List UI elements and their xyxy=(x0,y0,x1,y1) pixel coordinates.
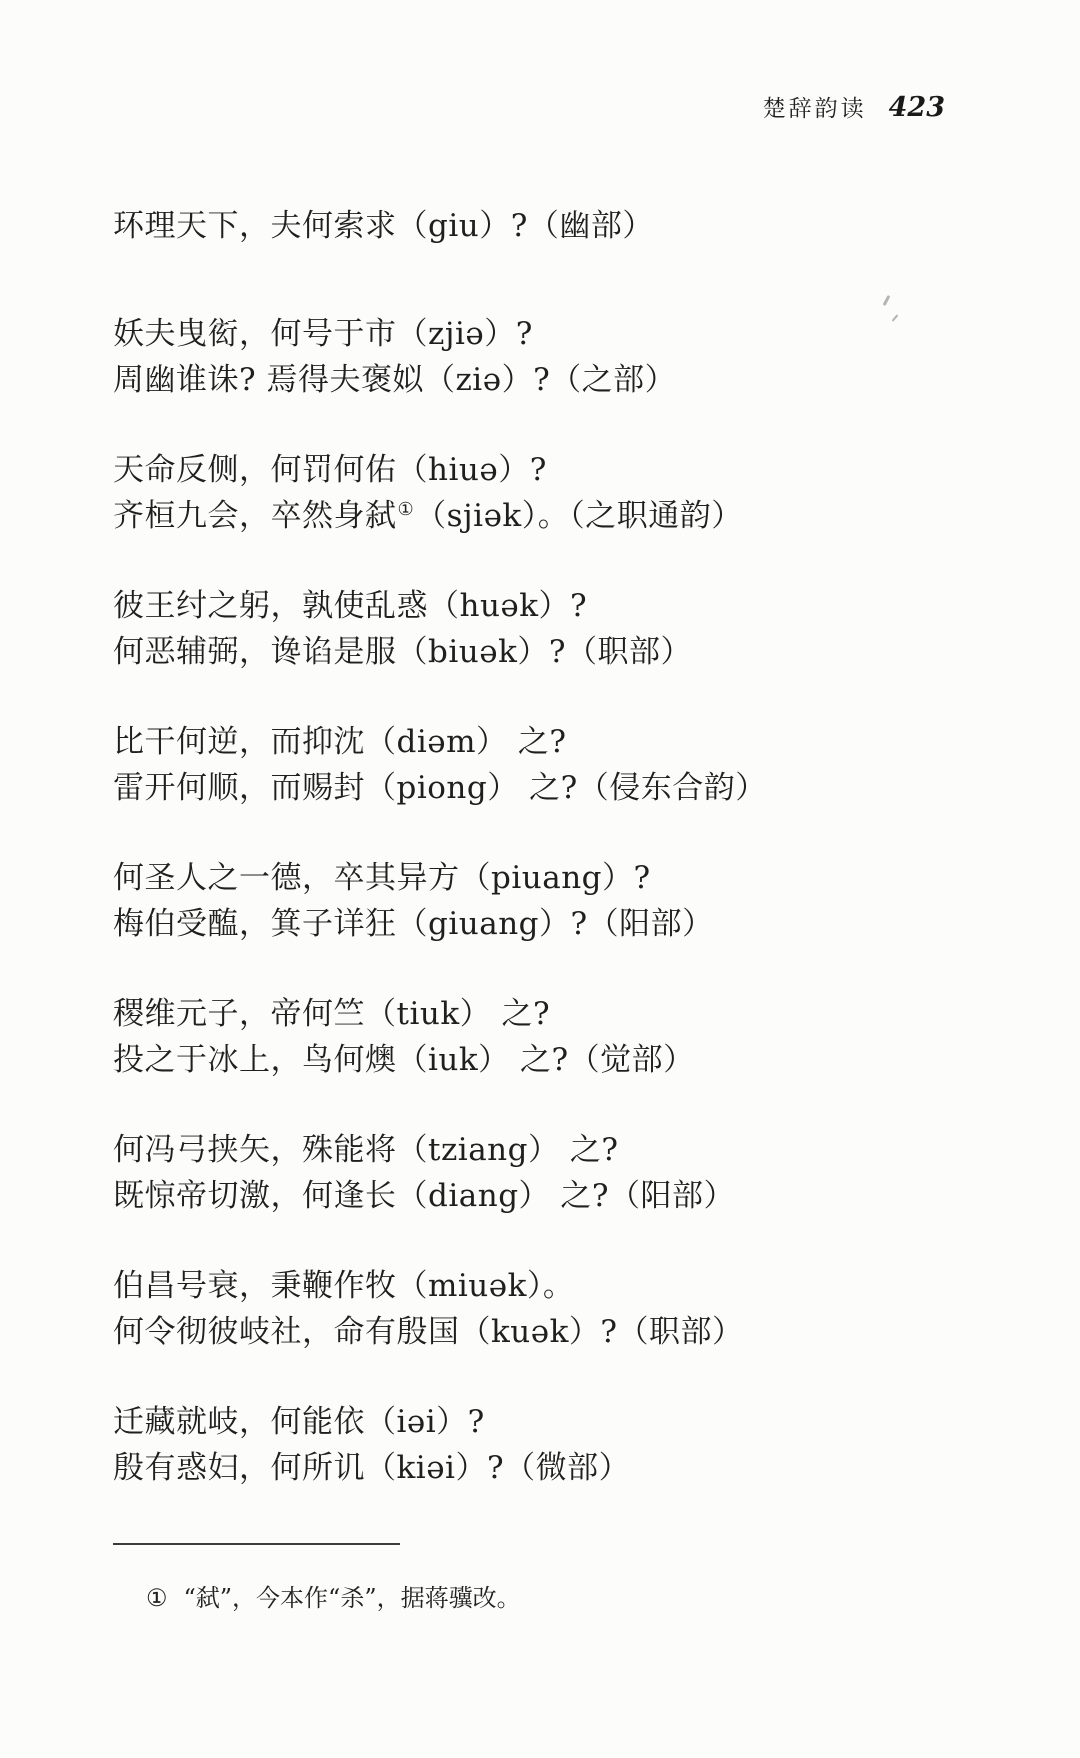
scan-artifact xyxy=(892,314,899,321)
verse-line: 何冯弓挟矢，殊能将（tziang） 之? xyxy=(113,1127,767,1173)
verse-line: 环理天下，夫何索求（giu）?（幽部） xyxy=(113,203,767,249)
stanza: 何冯弓挟矢，殊能将（tziang） 之? 既惊帝切激，何逢长（diang） 之?… xyxy=(113,1127,767,1219)
running-head: 楚辞韵读 423 xyxy=(763,90,945,123)
book-page: 楚辞韵读 423 环理天下，夫何索求（giu）?（幽部） 妖夫曳衒，何号于市（z… xyxy=(0,0,1080,1758)
verse-line: 比干何逆，而抑沈（diəm） 之? xyxy=(113,719,767,765)
footnote-marker: ① xyxy=(146,1584,168,1612)
footnote-text: “弑”，今本作“杀”，据蒋骥改。 xyxy=(184,1584,521,1612)
verse-text: 齐桓九会，卒然身弑 xyxy=(113,498,397,534)
verse-line: 稷维元子，帝何竺（tiuk） 之? xyxy=(113,991,767,1037)
verse-line: 梅伯受醢，箕子详狂（giuang）?（阳部） xyxy=(113,901,767,947)
stanza: 何圣人之一德，卒其异方（piuang）? 梅伯受醢，箕子详狂（giuang）?（… xyxy=(113,855,767,947)
stanza: 稷维元子，帝何竺（tiuk） 之? 投之于冰上，鸟何燠（iuk） 之?（觉部） xyxy=(113,991,767,1083)
verse-line: 天命反侧，何罚何佑（hiuə）? xyxy=(113,447,767,493)
verse-line: 伯昌号衰，秉鞭作牧（miuək）。 xyxy=(113,1263,767,1309)
verse-line: 何圣人之一德，卒其异方（piuang）? xyxy=(113,855,767,901)
verse-line: 周幽谁诛? 焉得夫褒姒（ziə）?（之部） xyxy=(113,357,767,403)
footnote-divider xyxy=(113,1543,400,1545)
stanza: 妖夫曳衒，何号于市（zjiə）? 周幽谁诛? 焉得夫褒姒（ziə）?（之部） xyxy=(113,311,767,403)
footnote: ①“弑”，今本作“杀”，据蒋骥改。 xyxy=(113,1580,521,1616)
verse-text: （sjiək）。（之职通韵） xyxy=(415,498,743,534)
stanza: 天命反侧，何罚何佑（hiuə）? 齐桓九会，卒然身弑①（sjiək）。（之职通韵… xyxy=(113,447,767,539)
footnote-ref-marker: ① xyxy=(398,499,415,520)
stanza: 迁藏就岐，何能依（iəi）? 殷有惑妇，何所讥（kiəi）?（微部） xyxy=(113,1399,767,1491)
scan-artifact xyxy=(883,295,891,306)
verse-line: 妖夫曳衒，何号于市（zjiə）? xyxy=(113,311,767,357)
stanza: 比干何逆，而抑沈（diəm） 之? 雷开何顺，而赐封（piong） 之?（侵东合… xyxy=(113,719,767,811)
verse-line: 殷有惑妇，何所讥（kiəi）?（微部） xyxy=(113,1445,767,1491)
verse-line: 何恶辅弼，谗谄是服（biuək）?（职部） xyxy=(113,629,767,675)
verse-line: 迁藏就岐，何能依（iəi）? xyxy=(113,1399,767,1445)
verse-line: 齐桓九会，卒然身弑①（sjiək）。（之职通韵） xyxy=(113,493,767,539)
stanza: 彼王纣之躬，孰使乱惑（huək）? 何恶辅弼，谗谄是服（biuək）?（职部） xyxy=(113,583,767,675)
stanza: 环理天下，夫何索求（giu）?（幽部） xyxy=(113,203,767,249)
verse-line: 何令彻彼岐社，命有殷国（kuək）?（职部） xyxy=(113,1309,767,1355)
stanza: 伯昌号衰，秉鞭作牧（miuək）。 何令彻彼岐社，命有殷国（kuək）?（职部） xyxy=(113,1263,767,1355)
verse-line: 投之于冰上，鸟何燠（iuk） 之?（觉部） xyxy=(113,1037,767,1083)
verse-body: 环理天下，夫何索求（giu）?（幽部） 妖夫曳衒，何号于市（zjiə）? 周幽谁… xyxy=(113,203,767,1535)
verse-line: 既惊帝切激，何逢长（diang） 之?（阳部） xyxy=(113,1173,767,1219)
page-number: 423 xyxy=(889,92,945,123)
verse-line: 彼王纣之躬，孰使乱惑（huək）? xyxy=(113,583,767,629)
verse-line: 雷开何顺，而赐封（piong） 之?（侵东合韵） xyxy=(113,765,767,811)
running-head-title: 楚辞韵读 xyxy=(763,90,867,123)
